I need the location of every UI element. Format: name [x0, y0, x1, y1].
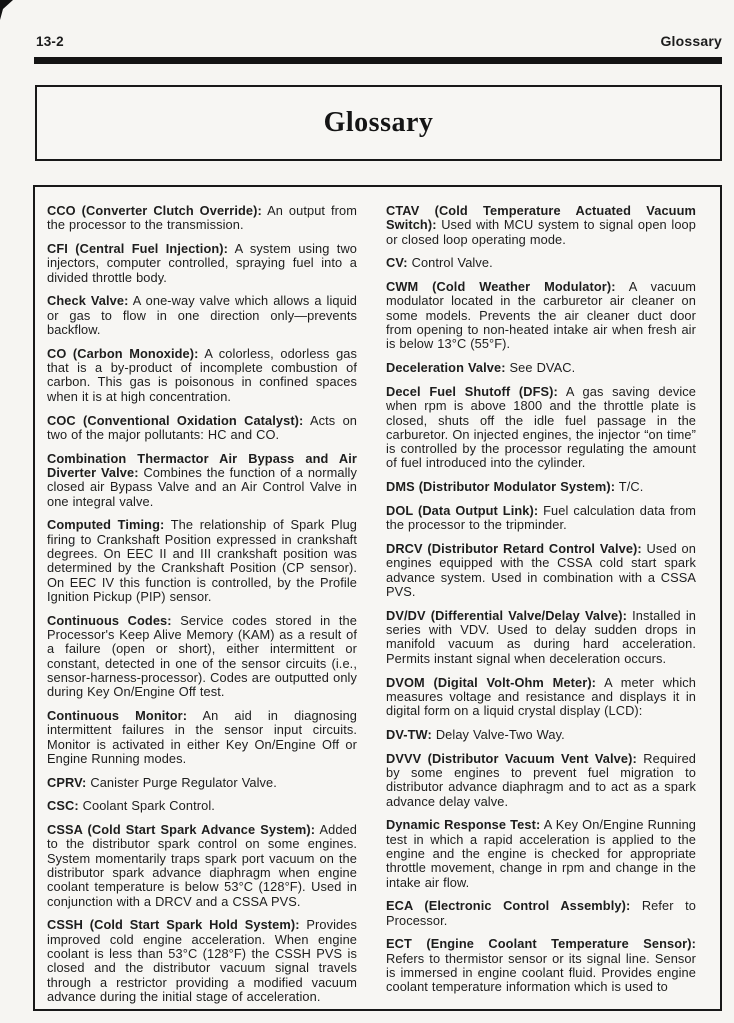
glossary-definition: Coolant Spark Control. [83, 798, 215, 813]
glossary-entry: DV/DV (Differential Valve/Delay Valve): … [386, 609, 696, 666]
glossary-entry: DOL (Data Output Link): Fuel calculation… [386, 504, 696, 533]
glossary-definition: T/C. [619, 479, 644, 494]
glossary-content-box: CCO (Converter Clutch Override): An outp… [33, 185, 722, 1011]
glossary-term: CV: [386, 255, 408, 270]
page-title: Glossary [324, 107, 434, 139]
glossary-entry: COC (Conventional Oxidation Catalyst): A… [47, 414, 357, 443]
running-header: 13-2 Glossary [36, 33, 722, 49]
glossary-term: Deceleration Valve: [386, 360, 506, 375]
glossary-entry: ECA (Electronic Control Assembly): Refer… [386, 899, 696, 928]
glossary-term: DV-TW: [386, 727, 432, 742]
glossary-definition: Canister Purge Regulator Valve. [90, 775, 277, 790]
glossary-definition: See DVAC. [510, 360, 576, 375]
glossary-term: CFI (Central Fuel Injection): [47, 241, 228, 256]
header-section-title: Glossary [660, 33, 722, 49]
glossary-entry: Deceleration Valve: See DVAC. [386, 361, 696, 375]
glossary-entry: Continuous Codes: Service codes stored i… [47, 614, 357, 700]
glossary-term: Continuous Monitor: [47, 708, 187, 723]
glossary-term: CPRV: [47, 775, 86, 790]
title-box: Glossary [35, 85, 722, 161]
glossary-entry: CPRV: Canister Purge Regulator Valve. [47, 776, 357, 790]
glossary-term: DOL (Data Output Link): [386, 503, 538, 518]
glossary-entry: CSSH (Cold Start Spark Hold System): Pro… [47, 918, 357, 1004]
glossary-term: Continuous Codes: [47, 613, 172, 628]
scan-corner-artifact [0, 0, 13, 20]
header-rule [34, 57, 722, 64]
glossary-entry: CSC: Coolant Spark Control. [47, 799, 357, 813]
glossary-term: ECA (Electronic Control Assembly): [386, 898, 630, 913]
glossary-term: CSSH (Cold Start Spark Hold System): [47, 917, 300, 932]
glossary-term: CSSA (Cold Start Spark Advance System): [47, 822, 315, 837]
glossary-term: DVVV (Distributor Vacuum Vent Valve): [386, 751, 637, 766]
glossary-term: Decel Fuel Shutoff (DFS): [386, 384, 558, 399]
glossary-entry: Decel Fuel Shutoff (DFS): A gas saving d… [386, 385, 696, 471]
glossary-entry: DV-TW: Delay Valve-Two Way. [386, 728, 696, 742]
manual-page: 13-2 Glossary Glossary CCO (Converter Cl… [0, 0, 734, 1023]
glossary-entry: Continuous Monitor: An aid in diagnosing… [47, 709, 357, 766]
glossary-entry: CTAV (Cold Temperature Actuated Vacuum S… [386, 204, 696, 247]
glossary-term: Check Valve: [47, 293, 128, 308]
glossary-term: DV/DV (Differential Valve/Delay Valve): [386, 608, 627, 623]
glossary-entry: DVVV (Distributor Vacuum Vent Valve): Re… [386, 752, 696, 809]
glossary-entry: CV: Control Valve. [386, 256, 696, 270]
glossary-entry: Computed Timing: The relationship of Spa… [47, 518, 357, 604]
page-number: 13-2 [36, 34, 64, 49]
glossary-term: CCO (Converter Clutch Override): [47, 203, 262, 218]
glossary-term: CSC: [47, 798, 79, 813]
glossary-entry: CO (Carbon Monoxide): A colorless, odorl… [47, 347, 357, 404]
glossary-entry: Dynamic Response Test: A Key On/Engine R… [386, 818, 696, 889]
glossary-entry: CWM (Cold Weather Modulator): A vacuum m… [386, 280, 696, 351]
glossary-entry: CFI (Central Fuel Injection): A system u… [47, 242, 357, 285]
glossary-entry: Combination Thermactor Air Bypass and Ai… [47, 452, 357, 509]
glossary-term: DMS (Distributor Modulator System): [386, 479, 615, 494]
glossary-definition: Control Valve. [412, 255, 493, 270]
glossary-entry: Check Valve: A one-way valve which allow… [47, 294, 357, 337]
glossary-term: DRCV (Distributor Retard Control Valve): [386, 541, 642, 556]
glossary-term: ECT (Engine Coolant Temperature Sensor): [386, 936, 696, 951]
glossary-term: CWM (Cold Weather Modulator): [386, 279, 616, 294]
glossary-term: Computed Timing: [47, 517, 164, 532]
glossary-term: CO (Carbon Monoxide): [47, 346, 198, 361]
glossary-term: COC (Conventional Oxidation Catalyst): [47, 413, 303, 428]
glossary-definition: Refers to thermistor sensor or its signa… [386, 951, 696, 995]
glossary-entry: DRCV (Distributor Retard Control Valve):… [386, 542, 696, 599]
glossary-term: DVOM (Digital Volt-Ohm Meter): [386, 675, 596, 690]
glossary-entry: DMS (Distributor Modulator System): T/C. [386, 480, 696, 494]
glossary-right-column: CTAV (Cold Temperature Actuated Vacuum S… [386, 204, 696, 1009]
glossary-left-column: CCO (Converter Clutch Override): An outp… [47, 204, 357, 1009]
glossary-term: Dynamic Response Test: [386, 817, 540, 832]
glossary-entry: ECT (Engine Coolant Temperature Sensor):… [386, 937, 696, 994]
glossary-entry: CCO (Converter Clutch Override): An outp… [47, 204, 357, 233]
glossary-entry: DVOM (Digital Volt-Ohm Meter): A meter w… [386, 676, 696, 719]
glossary-entry: CSSA (Cold Start Spark Advance System): … [47, 823, 357, 909]
glossary-definition: Delay Valve-Two Way. [436, 727, 565, 742]
